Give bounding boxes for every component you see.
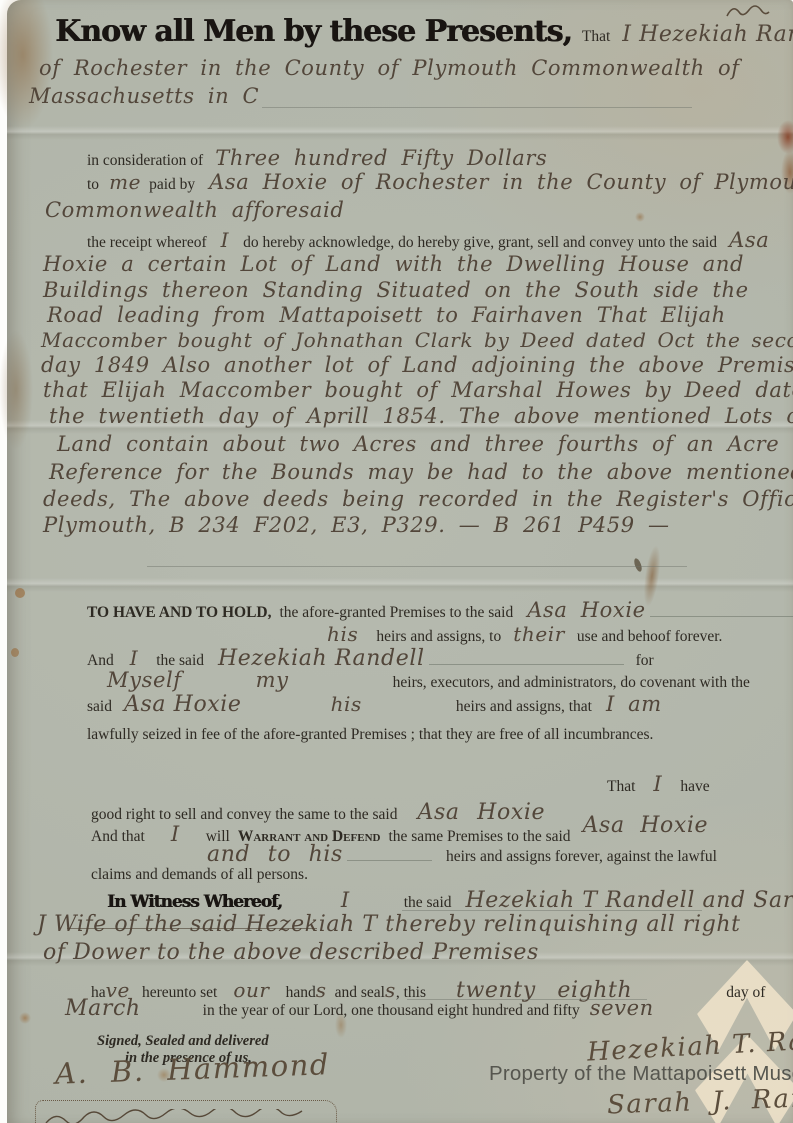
fold-crease <box>7 578 793 592</box>
that-label: That <box>607 778 635 795</box>
i-handwritten: I <box>653 772 662 796</box>
that-label: That <box>582 28 610 45</box>
i-handwritten: I <box>221 228 230 252</box>
to-label: to <box>87 176 99 193</box>
use-label: use and behoof forever. <box>577 628 722 645</box>
payer-handwritten: Asa Hoxie of Rochester in the County of … <box>209 170 793 194</box>
paidby-line: to me paid by Asa Hoxie of Rochester in … <box>87 170 793 194</box>
dayof-label: day of <box>726 984 765 1001</box>
heirs-forever-label: heirs and assigns forever, against the l… <box>446 848 717 865</box>
their-handwritten: their <box>513 622 565 646</box>
grantor-name-handwritten: I Hezekiah Randell <box>622 22 793 47</box>
grantor-signature-line: Hezekiah T. Randell <box>586 1022 793 1067</box>
description-text: Road leading from Mattapoisett to Fairha… <box>47 303 726 327</box>
inwitness-blackletter: In Witness Whereof, <box>107 892 282 912</box>
i-handwritten: I <box>171 822 180 846</box>
ink-mark <box>633 557 643 572</box>
grantor-signature: Hezekiah T. Randell <box>586 1022 793 1067</box>
paper-sheet: Know all Men by these Presents, That I H… <box>7 0 793 1123</box>
witness-line2: J Wife of the said Hezekiah T thereby re… <box>37 912 741 937</box>
heirs-assigns-label: heirs and assigns, that <box>456 698 592 715</box>
his-handwritten: his <box>327 622 358 646</box>
andthat-label: And that <box>91 828 145 845</box>
year-label: in the year of our Lord, one thousand ei… <box>203 1002 580 1019</box>
andtohis-line: and to his heirs and assigns forever, ag… <box>207 842 717 867</box>
me-handwritten: me <box>109 170 141 194</box>
thesaid-label: the said <box>156 652 204 669</box>
stain <box>777 120 793 154</box>
description-line: Hoxie a certain Lot of Land with the Dwe… <box>43 252 744 276</box>
deed-document: Know all Men by these Presents, That I H… <box>0 0 793 1123</box>
commonwealth-handwritten: Commonwealth afforesaid <box>45 198 344 222</box>
claims-line: claims and demands of all persons. <box>91 866 308 884</box>
claims-label: claims and demands of all persons. <box>91 866 308 883</box>
have-label: have <box>680 778 709 795</box>
description-line: Maccomber bought of Johnathan Clark by D… <box>41 328 793 352</box>
blank-rule <box>147 566 687 567</box>
witness-line1: In Witness Whereof, I the said Hezekiah … <box>107 888 793 913</box>
opening-line3: Massachusetts in C <box>29 84 259 108</box>
i-handwritten: I <box>341 888 350 912</box>
seized-line: lawfully seized in fee of the afore-gran… <box>87 726 653 744</box>
description-text: deeds, The above deeds being recorded in… <box>43 487 793 511</box>
attestation-label: Signed, Sealed and delivered <box>97 1033 269 1049</box>
description-text: that Elijah Maccomber bought of Marshal … <box>43 378 793 402</box>
i-handwritten: I <box>130 646 139 670</box>
description-text: Buildings thereon Standing Situated on t… <box>43 278 749 302</box>
blank-line <box>650 616 793 617</box>
his-handwritten: his <box>331 692 362 716</box>
dower-clause-handwritten: J Wife of the said Hezekiah T thereby re… <box>37 912 741 937</box>
my-handwritten: my <box>256 668 289 692</box>
description-line: Plymouth, B 234 F202, E3, P329. — B 261 … <box>43 513 670 537</box>
dower-clause2-handwritten: of Dower to the above described Premises <box>43 940 539 965</box>
consideration-line: in consideration of Three hundred Fifty … <box>87 146 547 170</box>
description-text: the twentieth day of Aprill 1854. The ab… <box>49 404 793 428</box>
blank-line <box>429 664 624 665</box>
myself-handwritten: Myself <box>107 668 182 692</box>
heirs-label: heirs and assigns, to <box>376 628 501 645</box>
wife-signature-line: Sarah J. Randell <box>607 1082 793 1121</box>
thesaid-label: the said <box>404 894 452 911</box>
description-text: day 1849 Also another lot of Land adjoin… <box>41 353 793 377</box>
state-handwritten: Massachusetts in C <box>29 84 259 108</box>
asa-handwritten: Asa <box>729 228 769 252</box>
wife-signature: Sarah J. Randell <box>607 1082 793 1121</box>
blank-rule <box>262 107 692 108</box>
description-text: Maccomber bought of Johnathan Clark by D… <box>41 328 793 352</box>
description-text: Hoxie a certain Lot of Land with the Dwe… <box>43 252 744 276</box>
receipt-label: the receipt whereof <box>87 234 207 251</box>
stain <box>0 330 33 450</box>
opening-line: Know all Men by these Presents, That I H… <box>55 14 793 49</box>
fold-crease <box>7 126 793 140</box>
description-line: deeds, The above deeds being recorded in… <box>43 487 793 511</box>
premises-label: the afore-granted Premises to the said <box>279 604 513 621</box>
receipt-line: the receipt whereof I do hereby acknowle… <box>87 228 769 252</box>
description-line: the twentieth day of Aprill 1854. The ab… <box>49 404 793 428</box>
seal-box <box>35 1100 337 1123</box>
corner-ink-mark <box>725 2 771 22</box>
for-label: for <box>636 652 654 669</box>
description-text: Land contain about two Acres and three f… <box>57 432 779 456</box>
grantee-handwritten: Asa Hoxie <box>527 598 645 622</box>
tohave-label: TO HAVE AND TO HOLD, <box>87 604 271 621</box>
that-have-line: That I have <box>607 772 710 796</box>
illegible-handwriting <box>36 1109 332 1123</box>
description-text: Reference for the Bounds may be had to t… <box>49 460 793 484</box>
heirs-line: his heirs and assigns, to their use and … <box>327 622 722 646</box>
museum-watermark: Property of the Mattapoisett Museum <box>489 1062 793 1086</box>
residence-handwritten: of Rochester in the County of Plymouth C… <box>39 56 740 80</box>
iam-handwritten: I am <box>606 692 662 716</box>
consideration-label: in consideration of <box>87 152 203 169</box>
description-line: Buildings thereon Standing Situated on t… <box>43 278 749 302</box>
stain <box>19 1012 31 1024</box>
attestation-line1: Signed, Sealed and delivered <box>97 1032 269 1050</box>
commonwealth-line: Commonwealth afforesaid <box>45 198 344 222</box>
acknowledge-label: do hereby acknowledge, do hereby give, g… <box>243 234 717 251</box>
description-line: Road leading from Mattapoisett to Fairha… <box>47 303 726 327</box>
said-label: said <box>87 698 112 715</box>
paidby-label: paid by <box>149 176 195 193</box>
andtohis-handwritten: and to his <box>207 842 343 867</box>
stain <box>11 648 19 657</box>
description-line: that Elijah Maccomber bought of Marshal … <box>43 378 793 402</box>
goodright-label: good right to sell and convey the same t… <box>91 806 398 823</box>
grantors-names-handwritten: Hezekiah T Randell and Sarah <box>466 888 793 913</box>
covenant-line3: said Asa Hoxie his heirs and assigns, th… <box>87 692 662 717</box>
amount-handwritten: Three hundred Fifty Dollars <box>215 146 547 170</box>
stain <box>635 212 645 222</box>
opening-line2: of Rochester in the County of Plymouth C… <box>39 56 740 80</box>
and-label: And <box>87 652 114 669</box>
covenant-line2: Myself my heirs, executors, and administ… <box>107 668 750 692</box>
deed-references-text: Plymouth, B 234 F202, E3, P329. — B 261 … <box>43 513 670 537</box>
description-line: Land contain about two Acres and three f… <box>57 432 779 456</box>
month-handwritten: March <box>65 996 141 1021</box>
witness-signature-line: A. B. Hammond <box>54 1047 330 1091</box>
headline-blackletter: Know all Men by these Presents, <box>55 14 572 49</box>
executors-label: heirs, executors, and administrators, do… <box>393 674 750 691</box>
year-line: March in the year of our Lord, one thous… <box>65 996 654 1021</box>
seized-label: lawfully seized in fee of the afore-gran… <box>87 726 653 743</box>
grantee-handwritten: Asa Hoxie <box>583 813 709 838</box>
description-line: day 1849 Also another lot of Land adjoin… <box>41 353 793 377</box>
tohave-line: TO HAVE AND TO HOLD, the afore-granted P… <box>87 598 793 622</box>
blank-line <box>347 860 432 861</box>
witness-signature: A. B. Hammond <box>54 1047 330 1091</box>
grantee-handwritten: Asa Hoxie <box>124 692 242 717</box>
watermark-text: Property of the Mattapoisett Museum <box>489 1062 793 1085</box>
witness-line3: of Dower to the above described Premises <box>43 940 539 965</box>
stain <box>15 588 25 598</box>
description-line: Reference for the Bounds may be had to t… <box>49 460 793 484</box>
year-handwritten: seven <box>590 996 654 1020</box>
